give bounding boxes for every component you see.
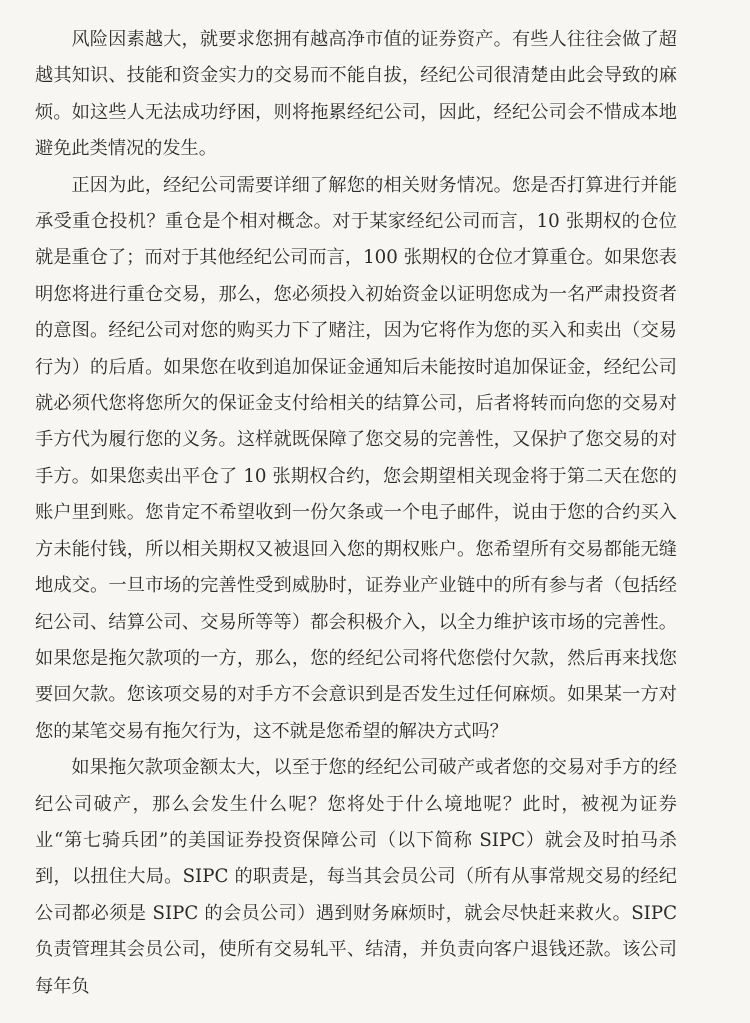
paragraph-broker-financials: 正因为此，经纪公司需要详细了解您的相关财务情况。您是否打算进行并能承受重仓投机？… [35,168,677,751]
paragraph-sipc: 如果拖欠款项金额太大，以至于您的经纪公司破产或者您的交易对手方的经纪公司破产，那… [35,750,677,1005]
document-page: 风险因素越大，就要求您拥有越高净市值的证券资产。有些人往往会做了超越其知识、技能… [0,0,677,1005]
paragraph-risk-factors: 风险因素越大，就要求您拥有越高净市值的证券资产。有些人往往会做了超越其知识、技能… [35,22,677,168]
